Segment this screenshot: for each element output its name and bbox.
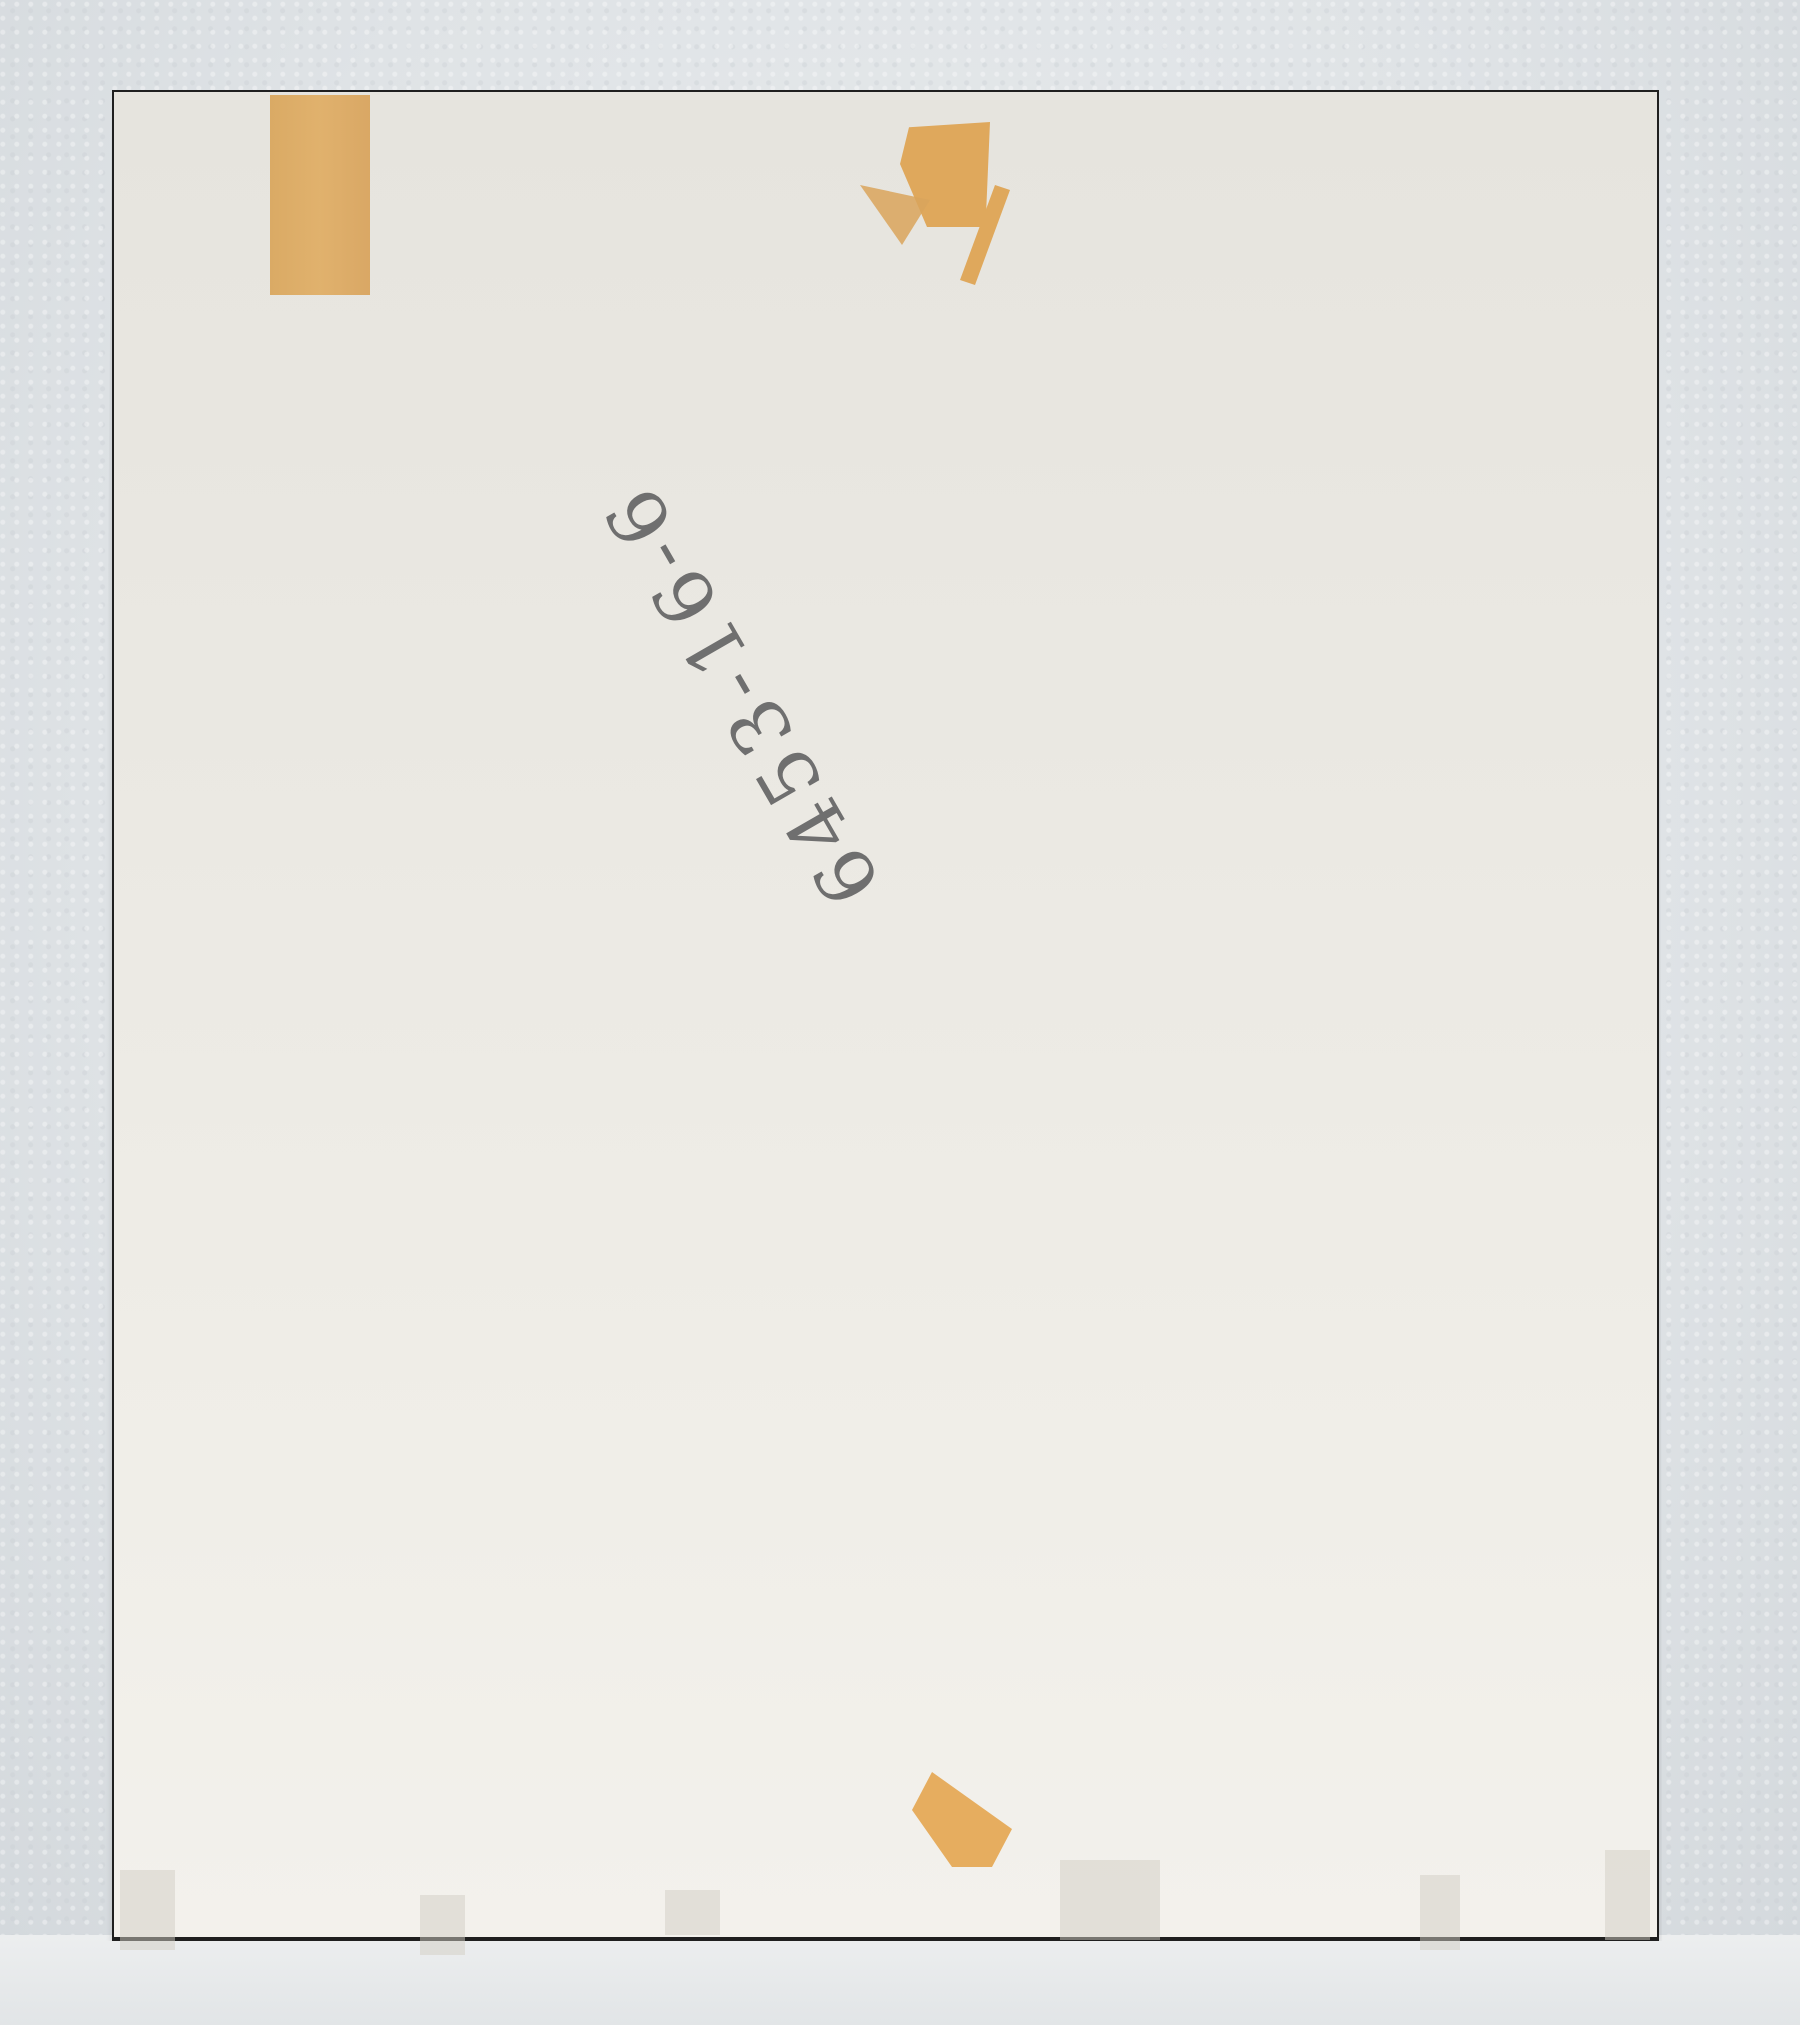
board-back	[112, 90, 1659, 1941]
surface	[0, 1935, 1800, 2025]
masking-tape-top-left	[270, 95, 370, 295]
tape-residue	[665, 1890, 720, 1935]
tape-residue	[1060, 1860, 1160, 1940]
tape-residue	[120, 1870, 175, 1950]
tape-residue	[420, 1895, 465, 1955]
tape-residue	[1605, 1850, 1650, 1940]
tape-residue	[1420, 1875, 1460, 1950]
